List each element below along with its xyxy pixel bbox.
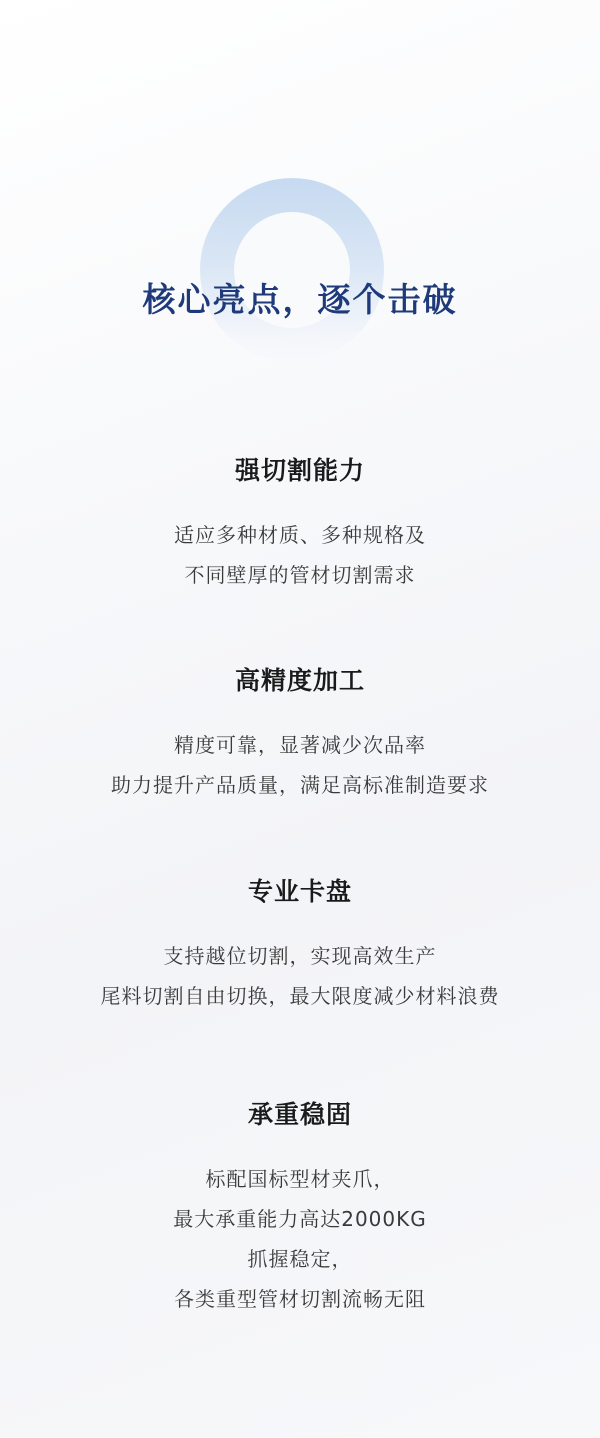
feature-description: 支持越位切割，实现高效生产 尾料切割自由切换，最大限度减少材料浪费: [0, 936, 600, 1016]
feature-desc-line: 尾料切割自由切换，最大限度减少材料浪费: [0, 976, 600, 1016]
feature-description: 精度可靠，显著减少次品率 助力提升产品质量，满足高标准制造要求: [0, 725, 600, 805]
feature-title: 专业卡盘: [0, 876, 600, 908]
page-title: 核心亮点，逐个击破: [0, 274, 600, 321]
feature-load-stability: 承重稳固 标配国标型材夹爪， 最大承重能力高达2000KG 抓握稳定， 各类重型…: [0, 1099, 600, 1319]
decorative-ring: [200, 178, 384, 362]
feature-desc-line: 标配国标型材夹爪，: [0, 1159, 600, 1199]
feature-desc-line: 不同壁厚的管材切割需求: [0, 555, 600, 595]
feature-description: 标配国标型材夹爪， 最大承重能力高达2000KG 抓握稳定， 各类重型管材切割流…: [0, 1159, 600, 1319]
feature-desc-line: 抓握稳定，: [0, 1239, 600, 1279]
feature-cutting-capability: 强切割能力 适应多种材质、多种规格及 不同壁厚的管材切割需求: [0, 455, 600, 595]
feature-high-precision: 高精度加工 精度可靠，显著减少次品率 助力提升产品质量，满足高标准制造要求: [0, 665, 600, 805]
feature-desc-line: 各类重型管材切割流畅无阻: [0, 1279, 600, 1319]
feature-desc-line: 支持越位切割，实现高效生产: [0, 936, 600, 976]
feature-title: 承重稳固: [0, 1099, 600, 1131]
feature-desc-line: 精度可靠，显著减少次品率: [0, 725, 600, 765]
feature-professional-chuck: 专业卡盘 支持越位切割，实现高效生产 尾料切割自由切换，最大限度减少材料浪费: [0, 876, 600, 1016]
feature-description: 适应多种材质、多种规格及 不同壁厚的管材切割需求: [0, 515, 600, 595]
feature-title: 强切割能力: [0, 455, 600, 487]
feature-desc-line: 助力提升产品质量，满足高标准制造要求: [0, 765, 600, 805]
feature-desc-line: 适应多种材质、多种规格及: [0, 515, 600, 555]
feature-desc-line: 最大承重能力高达2000KG: [0, 1199, 600, 1239]
feature-title: 高精度加工: [0, 665, 600, 697]
